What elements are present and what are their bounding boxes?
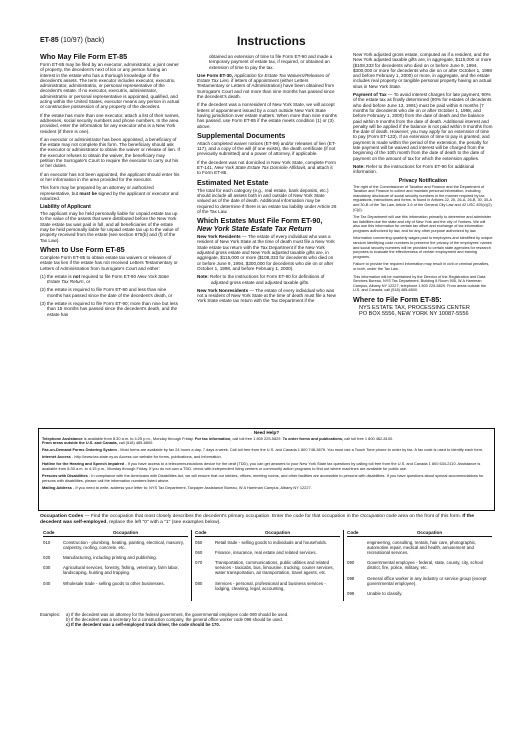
table-row: 030Agricultural services, forestry, fish… (43, 565, 188, 575)
condition-1: (1) the estate is not required to file F… (40, 274, 180, 285)
paragraph: If the decedent was a nonresident of New… (197, 102, 337, 128)
table-row: 090Governmental employee - federal, stat… (347, 560, 492, 570)
condition-2: (2) the estate is required to file Form … (40, 287, 180, 298)
column-3: New York adjusted gross estate, computed… (353, 52, 493, 317)
paragraph: The applicant may be held personally lia… (40, 211, 180, 243)
privacy-heading: Privacy Notification (353, 178, 493, 184)
paragraph: Attach completed waiver notices (ET-99) … (197, 141, 337, 157)
paragraph: Use Form ET-30, Application for Estate T… (197, 73, 337, 99)
table-row: 050Retail trade - selling goods to indiv… (195, 540, 340, 545)
table-row: 010Construction - plumbing, heating, pai… (43, 540, 188, 550)
paragraph: obtained an extension of time to file Fo… (197, 54, 337, 70)
occupation-codes-intro: Occupation Codes — Find the occupation t… (40, 514, 495, 525)
table-row: 098General office worker in any industry… (347, 576, 492, 586)
example-item: c) If the decedent was a self-employed t… (66, 622, 288, 627)
paragraph: If the estate has more than one executor… (40, 113, 180, 134)
occupation-examples: Examples: a) If the decedent was an atto… (40, 612, 495, 627)
table-row: 060Finance, insurance, real estate and r… (195, 550, 340, 555)
form-page: ET-85 (10/97) (back) Instructions Who Ma… (0, 0, 530, 749)
page-title: Instructions (237, 34, 306, 48)
where-to-file-heading: Where to File Form ET-85: (353, 296, 493, 304)
help-internet: Internet Access - http://www.tax.state.n… (42, 455, 491, 460)
help-mailing: Mailing Address - If you need to write, … (42, 486, 491, 491)
paragraph: If an executor has not been appointed, t… (40, 172, 180, 183)
paragraph: This form may be prepared by an attorney… (40, 185, 180, 201)
occupation-column-2: CodeOccupation 050Retail trade - selling… (191, 530, 344, 601)
paragraph: Failure to provide the required informat… (353, 262, 493, 271)
help-telephone: Telephone Assistance is available from 8… (42, 437, 491, 446)
paragraph: If an executor or administrator has been… (40, 137, 180, 169)
supplemental-documents-heading: Supplemental Documents (197, 132, 337, 140)
paragraph: New York Nonresidents — The estate of ev… (197, 288, 337, 304)
note: Note: Refer to the instructions for Form… (353, 164, 493, 175)
who-may-file-heading: Who May File Form ET-85 (40, 53, 180, 61)
column-2: obtained an extension of time to file Fo… (197, 54, 337, 307)
form-id: ET-85 (10/97) (back) (40, 37, 104, 44)
table-row: 099Unable to classify. (347, 591, 492, 596)
occupation-column-3: CodeOccupation engineering, consulting, … (344, 530, 495, 601)
column-1: Who May File Form ET-85 Form ET-85 may b… (40, 52, 180, 320)
help-tdd: Hotline for the Hearing and Speech Impai… (42, 462, 491, 471)
table-row: 080Services - personal, professional and… (195, 581, 340, 591)
help-fax: Fax-on-Demand Forms Ordering System - Mo… (42, 448, 491, 453)
need-help-box: Need Help? Telephone Assistance is avail… (38, 428, 495, 511)
paragraph: Information concerning quarterly wages p… (353, 236, 493, 259)
liability-heading: Liability of Applicant (40, 204, 180, 210)
paragraph: Complete Form ET-85 to obtain estate tax… (40, 255, 180, 271)
when-to-use-heading: When to Use Form ET-85 (40, 246, 180, 254)
table-row: engineering, consulting, rentals, hair c… (347, 540, 492, 555)
occupation-table: CodeOccupation 010Construction - plumbin… (40, 530, 495, 601)
paragraph: New York Residents — The estate of every… (197, 234, 337, 271)
paragraph: Payment of Tax — To avoid interest charg… (353, 92, 493, 161)
paragraph: The total for each category (e.g., real … (197, 188, 337, 214)
mailing-address: NYS ESTATE TAX, PROCESSING CENTER PO BOX… (353, 305, 493, 317)
note: Note: Refer to the instructions for Form… (197, 274, 337, 285)
estimated-net-estate-heading: Estimated Net Estate (197, 179, 337, 187)
occupation-column-1: CodeOccupation 010Construction - plumbin… (40, 530, 191, 601)
help-disabilities: Persons with Disabilities - In complianc… (42, 474, 491, 483)
paragraph: New York adjusted gross estate, computed… (353, 52, 493, 89)
paragraph: The Tax Department will use this informa… (353, 215, 493, 233)
paragraph: The right of the Commissioner of Taxatio… (353, 185, 493, 213)
paragraph: If the decedent was not domiciled in New… (197, 160, 337, 176)
paragraph: This information will be maintained by t… (353, 275, 493, 293)
condition-3: (3) the estate is required to file Form … (40, 301, 180, 317)
table-row: 040Wholesale trade - selling goods to ot… (43, 581, 188, 586)
table-row: 070Transportation, communications, publi… (195, 560, 340, 575)
paragraph: Form ET-85 may be filed by an executor, … (40, 62, 180, 110)
table-row: 020Manufacturing, including printing and… (43, 555, 188, 560)
which-estates-heading: Which Estates Must File Form ET-90,New Y… (197, 217, 337, 233)
